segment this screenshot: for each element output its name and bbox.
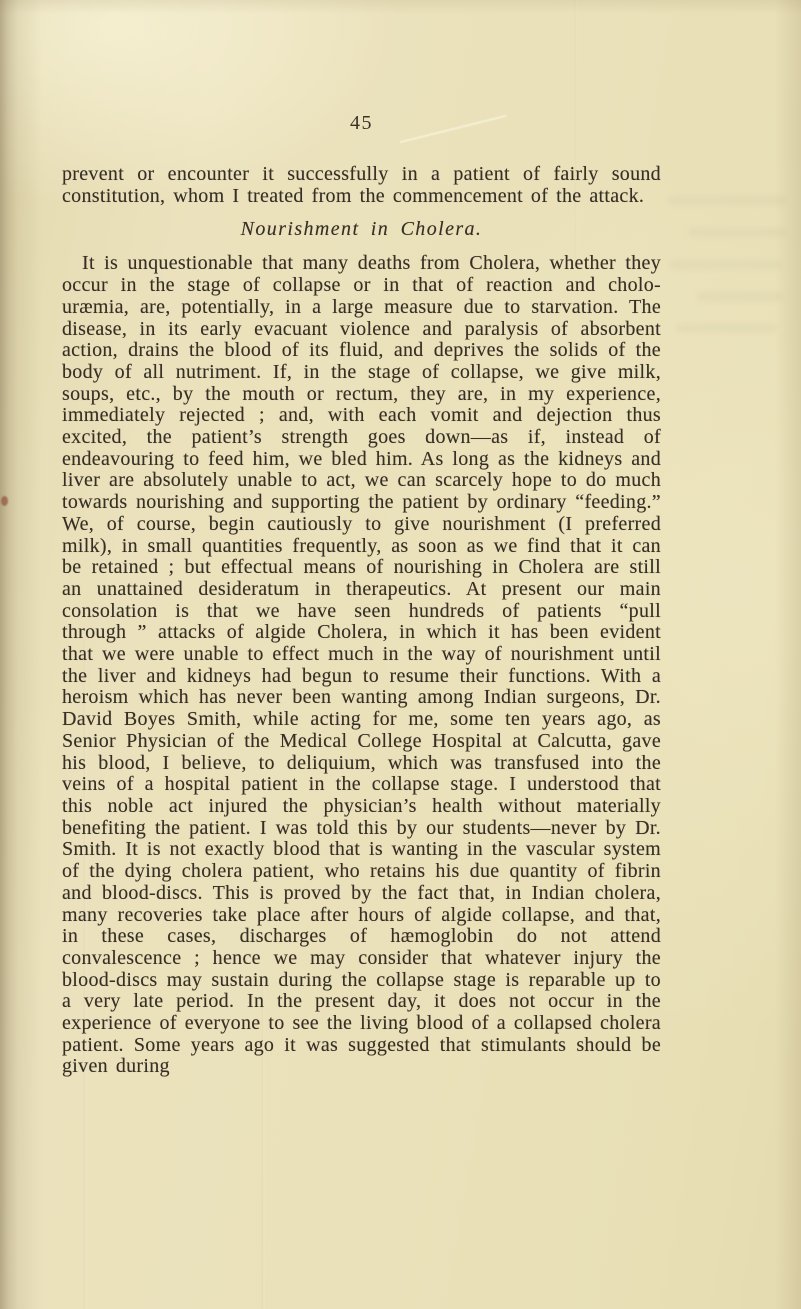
gutter-shadow <box>0 0 42 1309</box>
page-top-edge-shading <box>0 0 801 14</box>
text-block: prevent or encounter it successfully in … <box>62 164 661 1078</box>
show-through-smudge <box>676 324 776 332</box>
show-through-smudge <box>688 228 786 237</box>
paper-speck <box>1 496 8 506</box>
book-page: 45 prevent or encounter it successfully … <box>0 0 801 1309</box>
body-paragraph: It is unquestionable that many deaths fr… <box>62 253 661 1078</box>
show-through-smudge <box>668 196 786 205</box>
show-through-smudge <box>697 292 783 301</box>
continued-paragraph: prevent or encounter it successfully in … <box>62 164 661 207</box>
section-heading: Nourishment in Cholera. <box>62 218 661 241</box>
page-number: 45 <box>62 112 661 135</box>
show-through-smudge <box>670 260 782 269</box>
